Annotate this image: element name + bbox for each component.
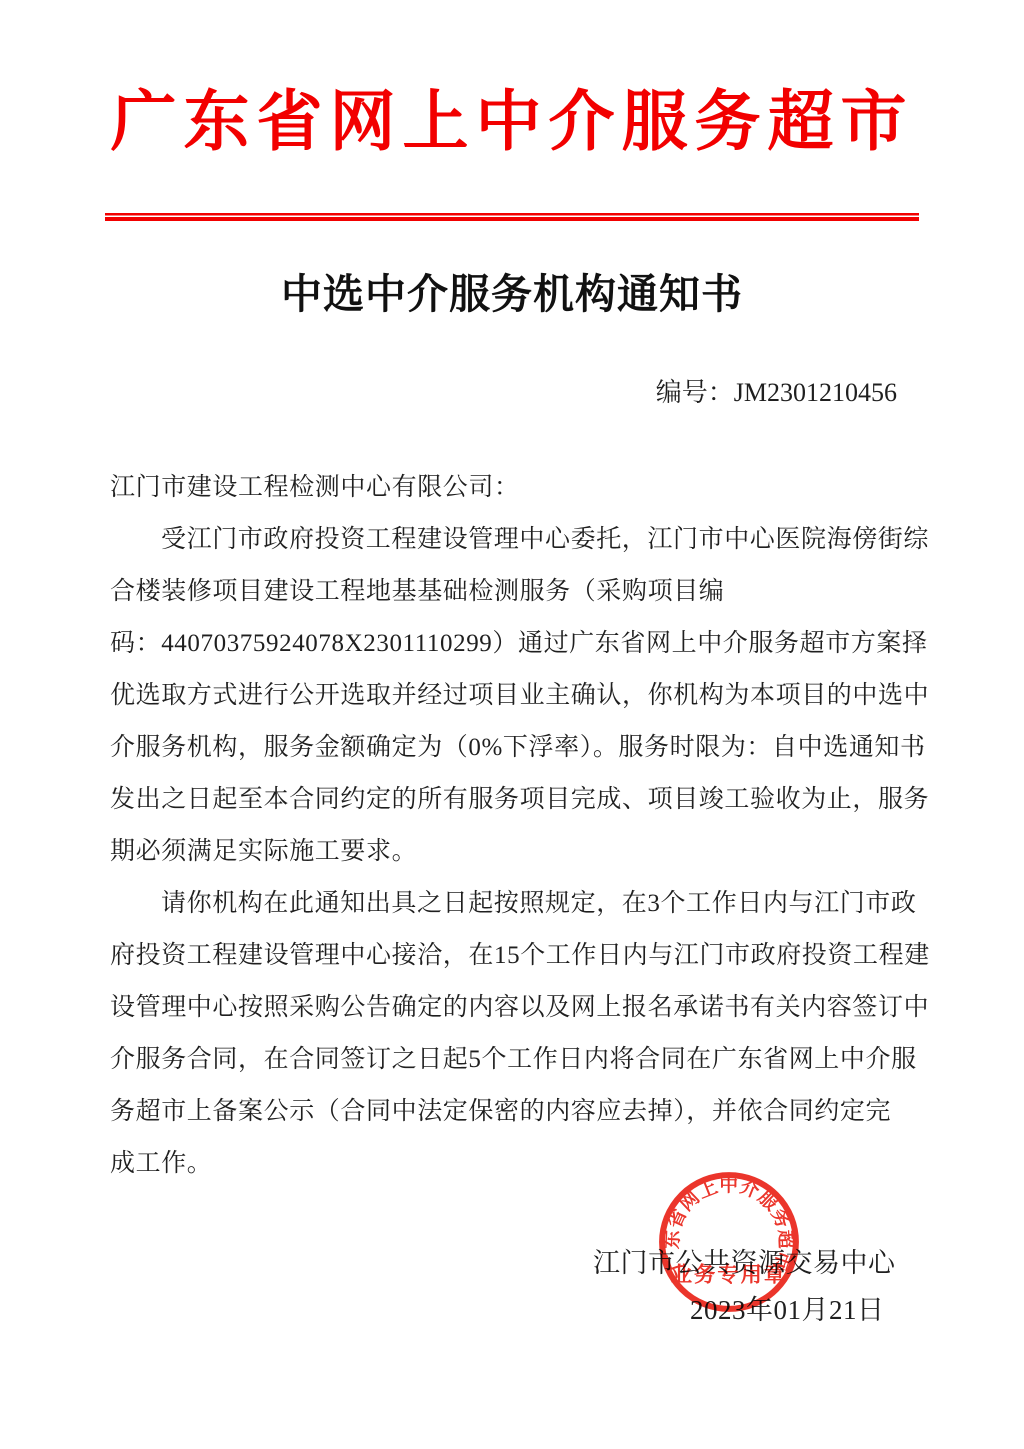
- header-divider-rule: [105, 213, 919, 221]
- seal-label: 业务专用章: [671, 1262, 787, 1287]
- seal-arc-text: 广东省网上中介服务超市: [661, 1174, 797, 1273]
- body-line: 合楼装修项目建设工程地基基础检测服务（采购项目编: [110, 566, 926, 618]
- body-line: 请你机构在此通知出具之日起按照规定，在3个工作日内与江门市政: [110, 878, 926, 930]
- document-page: 广东省网上中介服务超市 中选中介服务机构通知书 编号：JM2301210456 …: [0, 0, 1024, 1449]
- official-seal-stamp: 广东省网上中介服务超市 业务专用章: [653, 1165, 805, 1317]
- document-title: 中选中介服务机构通知书: [0, 268, 1024, 320]
- recipient-line: 江门市建设工程检测中心有限公司：: [110, 462, 926, 514]
- body-line: 设管理中心按照采购公告确定的内容以及网上报名承诺书有关内容签订中: [110, 982, 926, 1034]
- body-line: 府投资工程建设管理中心接洽，在15个工作日内与江门市政府投资工程建: [110, 930, 926, 982]
- body-line: 介服务合同，在合同签订之日起5个工作日内将合同在广东省网上中介服: [110, 1034, 926, 1086]
- letter-body: 江门市建设工程检测中心有限公司： 受江门市政府投资工程建设管理中心委托，江门市中…: [110, 462, 926, 1190]
- body-line: 期必须满足实际施工要求。: [110, 826, 926, 878]
- body-line: 介服务机构，服务金额确定为（0%下浮率）。服务时限为：自中选通知书: [110, 722, 926, 774]
- site-title: 广东省网上中介服务超市: [0, 86, 1024, 160]
- body-line: 码：44070375924078X2301110299）通过广东省网上中介服务超…: [110, 618, 926, 670]
- body-line: 务超市上备案公示（合同中法定保密的内容应去掉），并依合同约定完: [110, 1086, 926, 1138]
- body-line: 受江门市政府投资工程建设管理中心委托，江门市中心医院海傍街综: [110, 514, 926, 566]
- body-line: 发出之日起至本合同约定的所有服务项目完成、项目竣工验收为止，服务: [110, 774, 926, 826]
- body-line: 优选取方式进行公开选取并经过项目业主确认，你机构为本项目的中选中: [110, 670, 926, 722]
- document-number: 编号：JM2301210456: [656, 377, 897, 409]
